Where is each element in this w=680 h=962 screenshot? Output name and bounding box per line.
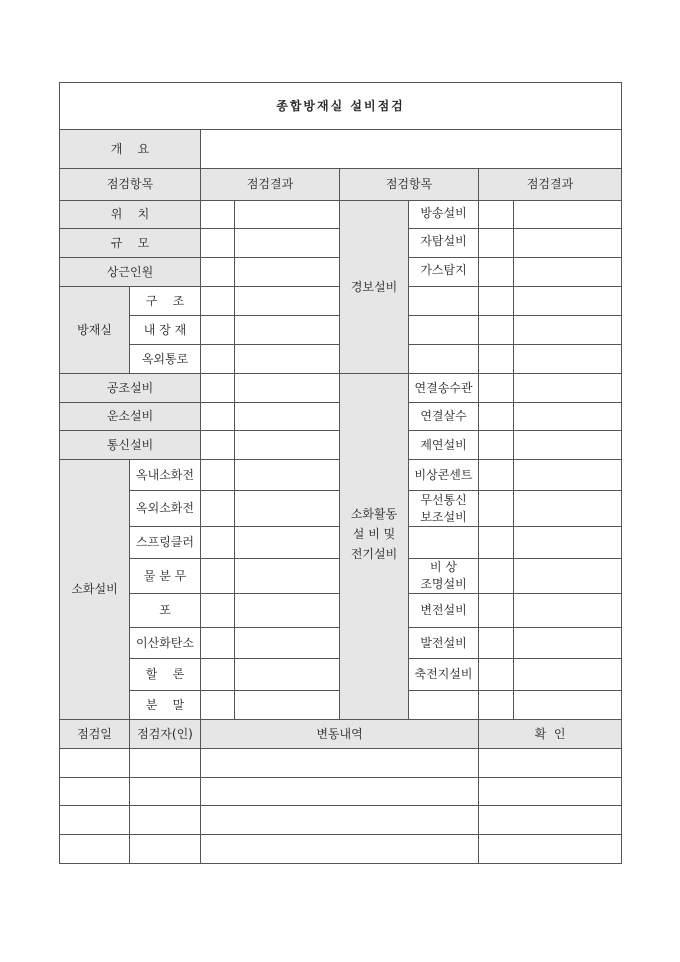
result-check-cell[interactable] bbox=[201, 460, 235, 491]
group-alarm: 경보설비 bbox=[340, 201, 409, 374]
result-note-cell[interactable] bbox=[235, 403, 340, 431]
item-fire-4: 포 bbox=[130, 594, 201, 628]
result-note-cell[interactable] bbox=[235, 431, 340, 460]
log-date-cell[interactable] bbox=[60, 835, 130, 864]
group-fire-suppression: 소화설비 bbox=[60, 460, 130, 720]
log-row bbox=[60, 778, 622, 806]
header-right-result: 점검결과 bbox=[479, 169, 622, 201]
result-note-cell[interactable] bbox=[235, 229, 340, 258]
result-note-cell[interactable] bbox=[514, 229, 622, 258]
result-note-cell[interactable] bbox=[514, 201, 622, 229]
item-room-0: 구 조 bbox=[130, 287, 201, 316]
item-fire-act-2: 제연설비 bbox=[409, 431, 479, 460]
result-check-cell[interactable] bbox=[201, 559, 235, 594]
result-check-cell[interactable] bbox=[479, 628, 514, 659]
result-note-cell[interactable] bbox=[235, 527, 340, 559]
result-check-cell[interactable] bbox=[479, 527, 514, 559]
overview-label: 개 요 bbox=[60, 130, 201, 169]
result-check-cell[interactable] bbox=[201, 527, 235, 559]
result-check-cell[interactable] bbox=[201, 691, 235, 720]
item-fire-0: 옥내소화전 bbox=[130, 460, 201, 491]
item-fire-3: 물 분 무 bbox=[130, 559, 201, 594]
result-check-cell[interactable] bbox=[479, 229, 514, 258]
item-fire-5: 이산화탄소 bbox=[130, 628, 201, 659]
result-note-cell[interactable] bbox=[235, 460, 340, 491]
result-note-cell[interactable] bbox=[235, 345, 340, 374]
log-date-cell[interactable] bbox=[60, 806, 130, 835]
log-header-confirm: 확 인 bbox=[479, 720, 622, 749]
log-inspector-cell[interactable] bbox=[130, 835, 201, 864]
item-alarm-5 bbox=[409, 345, 479, 374]
item-alarm-0: 방송설비 bbox=[409, 201, 479, 229]
log-changes-cell[interactable] bbox=[201, 778, 479, 806]
result-check-cell[interactable] bbox=[201, 374, 235, 403]
result-note-cell[interactable] bbox=[514, 559, 622, 594]
result-note-cell[interactable] bbox=[235, 287, 340, 316]
result-note-cell[interactable] bbox=[514, 403, 622, 431]
result-check-cell[interactable] bbox=[479, 594, 514, 628]
item-fire-act-0: 연결송수관 bbox=[409, 374, 479, 403]
result-note-cell[interactable] bbox=[514, 258, 622, 287]
item-staff: 상근인원 bbox=[60, 258, 201, 287]
result-check-cell[interactable] bbox=[201, 258, 235, 287]
result-note-cell[interactable] bbox=[235, 258, 340, 287]
result-check-cell[interactable] bbox=[201, 491, 235, 527]
item-fire-6: 할 론 bbox=[130, 659, 201, 691]
result-note-cell[interactable] bbox=[514, 691, 622, 720]
inspection-form: 종합방재실 설비점검 개 요 점검항목 점검결과 점검항목 점검결과 위 치 경… bbox=[59, 82, 622, 864]
log-row bbox=[60, 806, 622, 835]
log-changes-cell[interactable] bbox=[201, 806, 479, 835]
result-check-cell[interactable] bbox=[201, 345, 235, 374]
result-note-cell[interactable] bbox=[235, 594, 340, 628]
result-check-cell[interactable] bbox=[201, 403, 235, 431]
header-right-item: 점검항목 bbox=[340, 169, 479, 201]
result-check-cell[interactable] bbox=[479, 691, 514, 720]
result-note-cell[interactable] bbox=[514, 527, 622, 559]
result-note-cell[interactable] bbox=[235, 691, 340, 720]
result-check-cell[interactable] bbox=[479, 201, 514, 229]
result-note-cell[interactable] bbox=[514, 345, 622, 374]
result-note-cell[interactable] bbox=[514, 491, 622, 527]
log-header-date: 점검일 bbox=[60, 720, 130, 749]
form-title: 종합방재실 설비점검 bbox=[60, 83, 622, 130]
item-fire-7: 분 말 bbox=[130, 691, 201, 720]
result-note-cell[interactable] bbox=[514, 374, 622, 403]
item-fire-act-4: 무선통신 보조설비 bbox=[409, 491, 479, 527]
group-disaster-room: 방재실 bbox=[60, 287, 130, 374]
log-changes-cell[interactable] bbox=[201, 749, 479, 778]
result-check-cell[interactable] bbox=[479, 491, 514, 527]
item-transport: 운소설비 bbox=[60, 403, 201, 431]
item-fire-2: 스프링클러 bbox=[130, 527, 201, 559]
item-fire-act-1: 연결살수 bbox=[409, 403, 479, 431]
result-check-cell[interactable] bbox=[479, 559, 514, 594]
log-changes-cell[interactable] bbox=[201, 835, 479, 864]
result-note-cell[interactable] bbox=[514, 316, 622, 345]
group-fire-activity-electrical: 소화활동 설 비 및 전기설비 bbox=[340, 374, 409, 720]
log-confirm-cell[interactable] bbox=[479, 806, 622, 835]
log-header-changes: 변동내역 bbox=[201, 720, 479, 749]
log-inspector-cell[interactable] bbox=[130, 778, 201, 806]
result-note-cell[interactable] bbox=[235, 201, 340, 229]
result-check-cell[interactable] bbox=[479, 287, 514, 316]
result-check-cell[interactable] bbox=[201, 659, 235, 691]
result-note-cell[interactable] bbox=[235, 628, 340, 659]
item-room-1: 내 장 재 bbox=[130, 316, 201, 345]
result-check-cell[interactable] bbox=[479, 316, 514, 345]
result-check-cell[interactable] bbox=[201, 201, 235, 229]
item-room-2: 옥외통로 bbox=[130, 345, 201, 374]
result-check-cell[interactable] bbox=[201, 628, 235, 659]
item-fire-1: 옥외소화전 bbox=[130, 491, 201, 527]
item-fire-act-6: 비 상 조명설비 bbox=[409, 559, 479, 594]
result-note-cell[interactable] bbox=[514, 594, 622, 628]
item-scale: 규 모 bbox=[60, 229, 201, 258]
log-inspector-cell[interactable] bbox=[130, 749, 201, 778]
log-inspector-cell[interactable] bbox=[130, 806, 201, 835]
log-row bbox=[60, 749, 622, 778]
item-fire-act-5 bbox=[409, 527, 479, 559]
result-note-cell[interactable] bbox=[514, 460, 622, 491]
item-fire-act-8: 발전설비 bbox=[409, 628, 479, 659]
result-note-cell[interactable] bbox=[235, 374, 340, 403]
result-check-cell[interactable] bbox=[201, 229, 235, 258]
log-header-inspector: 점검자(인) bbox=[130, 720, 201, 749]
log-date-cell[interactable] bbox=[60, 749, 130, 778]
result-note-cell[interactable] bbox=[235, 316, 340, 345]
result-note-cell[interactable] bbox=[514, 287, 622, 316]
result-check-cell[interactable] bbox=[479, 258, 514, 287]
log-date-cell[interactable] bbox=[60, 778, 130, 806]
item-fire-act-3: 비상콘센트 bbox=[409, 460, 479, 491]
result-check-cell[interactable] bbox=[201, 431, 235, 460]
log-confirm-cell[interactable] bbox=[479, 778, 622, 806]
result-check-cell[interactable] bbox=[201, 316, 235, 345]
result-check-cell[interactable] bbox=[201, 287, 235, 316]
item-comm: 통신설비 bbox=[60, 431, 201, 460]
result-note-cell[interactable] bbox=[235, 659, 340, 691]
result-check-cell[interactable] bbox=[479, 345, 514, 374]
result-check-cell[interactable] bbox=[479, 659, 514, 691]
item-location: 위 치 bbox=[60, 201, 201, 229]
log-confirm-cell[interactable] bbox=[479, 749, 622, 778]
item-fire-act-9: 축전지설비 bbox=[409, 659, 479, 691]
item-alarm-1: 자탐설비 bbox=[409, 229, 479, 258]
result-note-cell[interactable] bbox=[235, 559, 340, 594]
overview-field[interactable] bbox=[201, 130, 622, 169]
result-check-cell[interactable] bbox=[201, 594, 235, 628]
result-note-cell[interactable] bbox=[235, 491, 340, 527]
item-alarm-4 bbox=[409, 316, 479, 345]
result-note-cell[interactable] bbox=[514, 431, 622, 460]
header-left-result: 점검결과 bbox=[201, 169, 340, 201]
item-alarm-3 bbox=[409, 287, 479, 316]
log-confirm-cell[interactable] bbox=[479, 835, 622, 864]
result-check-cell[interactable] bbox=[479, 374, 514, 403]
result-check-cell[interactable] bbox=[479, 403, 514, 431]
result-note-cell[interactable] bbox=[514, 628, 622, 659]
item-fire-act-7: 변전설비 bbox=[409, 594, 479, 628]
log-row bbox=[60, 835, 622, 864]
result-note-cell[interactable] bbox=[514, 659, 622, 691]
result-check-cell[interactable] bbox=[479, 431, 514, 460]
item-fire-act-10 bbox=[409, 691, 479, 720]
item-alarm-2: 가스탐지 bbox=[409, 258, 479, 287]
result-check-cell[interactable] bbox=[479, 460, 514, 491]
header-left-item: 점검항목 bbox=[60, 169, 201, 201]
item-hvac: 공조설비 bbox=[60, 374, 201, 403]
